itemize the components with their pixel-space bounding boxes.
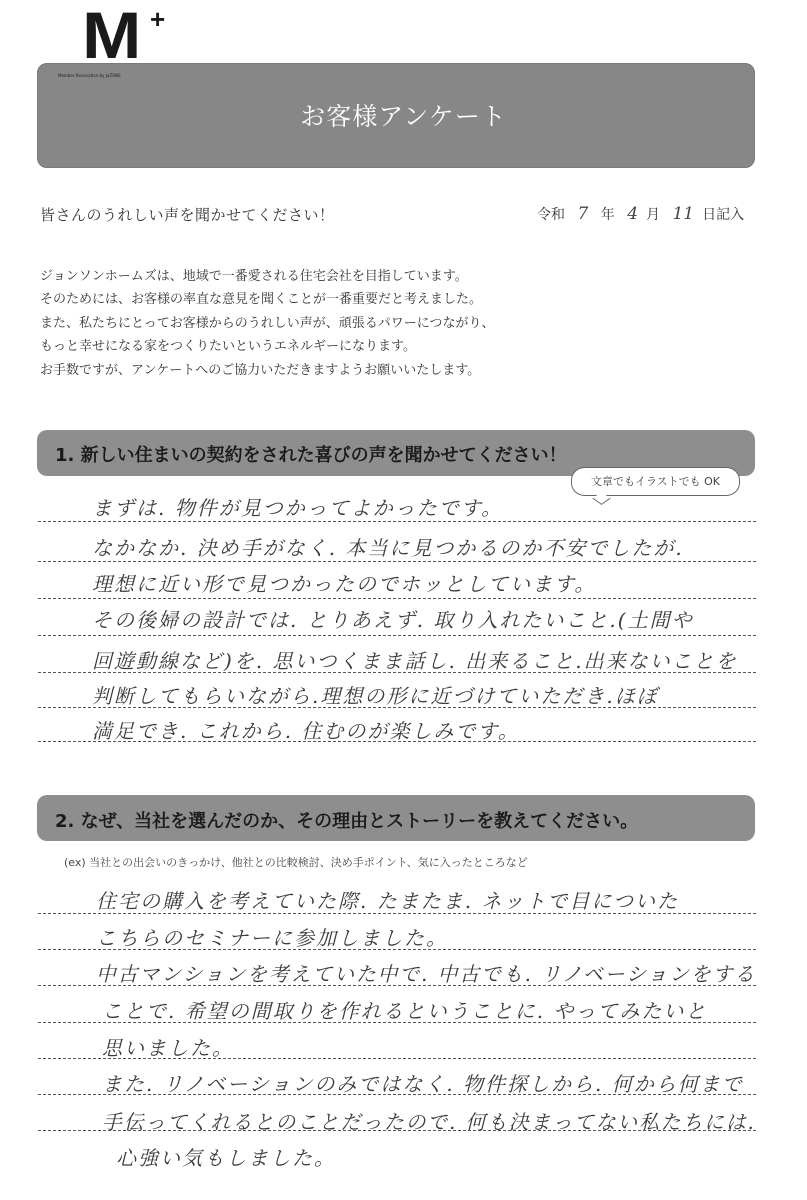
date-year-value[interactable]: 7 xyxy=(577,204,588,224)
intro-paragraph: ジョンソンホームズは、地域で一番愛される住宅会社を目指しています。 そのためには… xyxy=(40,265,494,382)
ruled-line xyxy=(38,1094,756,1095)
lead-text: 皆さんのうれしい声を聞かせてください！ xyxy=(40,204,335,225)
intro-line: また、私たちにとってお客様からのうれしい声が、頑張るパワーにつながり、 xyxy=(40,312,494,335)
question-2-title: 2. なぜ、当社を選んだのか、その理由とストーリーを教えてください。 xyxy=(55,807,638,833)
ruled-line xyxy=(38,521,756,522)
ruled-line xyxy=(38,741,756,742)
ruled-line xyxy=(38,949,756,950)
page-title: お客様アンケート xyxy=(0,97,807,133)
ruled-line xyxy=(38,913,756,914)
ruled-line xyxy=(38,1022,756,1023)
question-1-title: 1. 新しい住まいの契約をされた喜びの声を聞かせてください！ xyxy=(55,441,567,467)
logo-plus-icon: + xyxy=(150,6,165,32)
answer-2-line[interactable]: 心強い気もしました。 xyxy=(116,1142,336,1171)
answer-2-line[interactable]: ことで. 希望の間取りを作れるということに. やってみたいと xyxy=(102,995,707,1024)
ruled-line xyxy=(38,635,756,636)
ruled-line xyxy=(38,1130,756,1131)
answer-1-line[interactable]: その後婦の設計では. とりあえず. 取り入れたいこと.(土間や xyxy=(92,604,694,633)
date-year-unit: 年 xyxy=(601,207,615,223)
date-day-value[interactable]: 11 xyxy=(672,204,694,224)
answer-1-line[interactable]: 理想に近い形で見つかったのでホッとしています。 xyxy=(92,568,596,597)
intro-line: お手数ですが、アンケートへのご協力いただきますようお願いいたします。 xyxy=(40,359,494,382)
ruled-line xyxy=(38,707,756,708)
date-field: 令和 7 年 4月 11日記入 xyxy=(537,204,744,224)
intro-line: そのためには、お客様の率直な意見を聞くことが一番重要だと考えました。 xyxy=(40,288,494,311)
answer-1-line[interactable]: 回遊動線など)を. 思いつくまま話し. 出来ること.出来ないことを xyxy=(92,645,738,674)
date-era: 令和 xyxy=(537,207,565,223)
ruled-line xyxy=(38,598,756,599)
hint-bubble: 文章でもイラストでも OK xyxy=(571,467,740,496)
answer-2-line[interactable]: 中古マンションを考えていた中で. 中古でも. リノベーションをする xyxy=(96,958,756,987)
answer-1-line[interactable]: 判断してもらいながら.理想の形に近づけていただき.ほぼ xyxy=(92,680,659,709)
date-day-unit: 日記入 xyxy=(702,207,744,223)
answer-2-line[interactable]: 思いました。 xyxy=(102,1032,234,1061)
answer-2-line[interactable]: 住宅の購入を考えていた際. たまたま. ネットで目についた xyxy=(96,885,679,914)
logo-tagline: Member Renovation by JoZONE xyxy=(58,73,121,78)
answer-1-line[interactable]: まずは. 物件が見つかってよかったです。 xyxy=(92,492,503,521)
date-month-value[interactable]: 4 xyxy=(627,204,638,224)
intro-line: もっと幸せになる家をつくりたいというエネルギーになります。 xyxy=(40,335,494,358)
logo-mark: M xyxy=(82,2,139,68)
date-month-unit: 月 xyxy=(646,207,660,223)
ruled-line xyxy=(38,1058,756,1059)
ruled-line xyxy=(38,985,756,986)
ruled-line xyxy=(38,561,756,562)
ruled-line xyxy=(38,672,756,673)
answer-2-line[interactable]: こちらのセミナーに参加しました。 xyxy=(96,922,448,951)
answer-1-line[interactable]: 満足でき. これから. 住むのが楽しみです。 xyxy=(92,715,520,744)
answer-1-line[interactable]: なかなか. 決め手がなく. 本当に見つかるのか不安でしたが. xyxy=(92,532,684,561)
answer-2-line[interactable]: また. リノベーションのみではなく. 物件探しから. 何から何まで xyxy=(102,1068,744,1097)
intro-line: ジョンソンホームズは、地域で一番愛される住宅会社を目指しています。 xyxy=(40,265,494,288)
example-hint: (ex) 当社との出会いのきっかけ、他社との比較検討、決め手ポイント、気に入った… xyxy=(64,854,528,870)
